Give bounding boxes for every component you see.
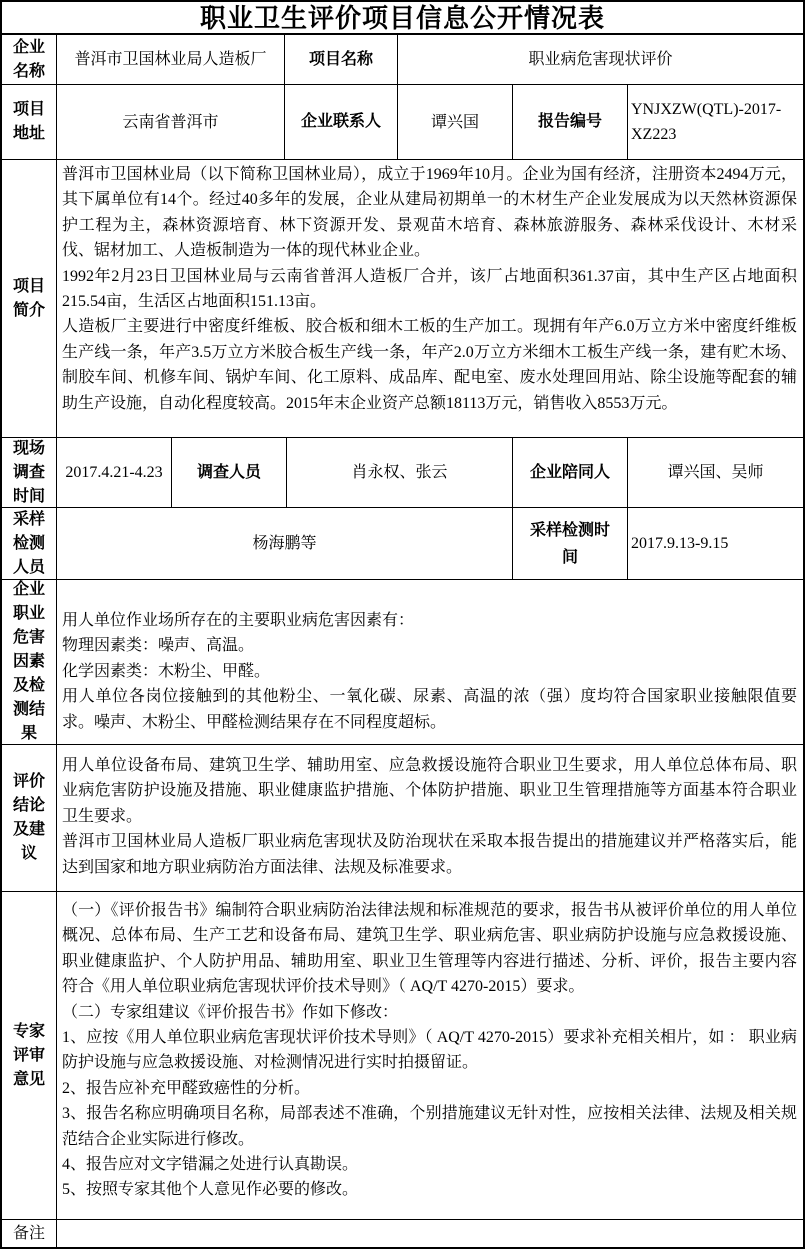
hazard-line: 用人单位各岗位接触到的其他粉尘、一氧化碳、尿素、高温的浓（强）度均符合国家职业接… bbox=[62, 684, 797, 735]
project-name-value: 职业病危害现状评价 bbox=[398, 35, 803, 84]
survey-staff-value: 肖永权、张云 bbox=[287, 438, 513, 507]
expert-paragraph: （二）专家组建议《评价报告书》作如下修改： bbox=[62, 1000, 797, 1025]
survey-time-value: 2017.4.21-4.23 bbox=[57, 438, 172, 507]
project-address-label: 项目地址 bbox=[2, 85, 57, 159]
table-row-remarks: 备注 bbox=[2, 1220, 803, 1247]
table-row-sampling: 采样检测人员 杨海鹏等 采样检测时间 2017.9.13-9.15 bbox=[2, 508, 803, 580]
conclusion-paragraph: 用人单位设备布局、建筑卫生学、辅助用室、应急救援设施符合职业卫生要求，用人单位总… bbox=[62, 753, 797, 829]
project-profile-text: 普洱市卫国林业局（以下简称卫国林业局），成立于1969年10月。企业为国有经济，… bbox=[57, 160, 803, 437]
project-address-value: 云南省普洱市 bbox=[57, 85, 285, 159]
table-row-profile: 项目简介 普洱市卫国林业局（以下简称卫国林业局），成立于1969年10月。企业为… bbox=[2, 160, 803, 438]
report-no-value: YNJXZW(QTL)-2017-XZ223 bbox=[628, 85, 803, 159]
table-row-conclusion: 评价结论及建议 用人单位设备布局、建筑卫生学、辅助用室、应急救援设施符合职业卫生… bbox=[2, 745, 803, 892]
conclusion-label: 评价结论及建议 bbox=[2, 745, 57, 891]
hazard-line: 化学因素类：木粉尘、甲醛。 bbox=[62, 659, 797, 684]
profile-paragraph: 人造板厂主要进行中密度纤维板、胶合板和细木工板的生产加工。现拥有年产6.0万立方… bbox=[62, 314, 797, 416]
sampling-time-label: 采样检测时间 bbox=[513, 508, 628, 579]
sampling-staff-label: 采样检测人员 bbox=[2, 508, 57, 579]
company-contact-label: 企业联系人 bbox=[285, 85, 398, 159]
conclusion-paragraph: 普洱市卫国林业局人造板厂职业病危害现状及防治现状在采取本报告提出的措施建议并严格… bbox=[62, 829, 797, 880]
survey-staff-label: 调查人员 bbox=[172, 438, 287, 507]
expert-paragraph: 5、按照专家其他个人意见作必要的修改。 bbox=[62, 1177, 797, 1202]
expert-paragraph: 3、报告名称应明确项目名称，局部表述不准确，个别措施建议无针对性，应按相关法律、… bbox=[62, 1101, 797, 1152]
table-row-address: 项目地址 云南省普洱市 企业联系人 谭兴国 报告编号 YNJXZW(QTL)-2… bbox=[2, 85, 803, 160]
expert-paragraph: 1、应按《用人单位职业病危害现状评价技术导则》（ AQ/T 4270-2015）… bbox=[62, 1025, 797, 1076]
table-row-hazard: 企业职业危害因素及检测结果 用人单位作业场所存在的主要职业病危害因素有： 物理因… bbox=[2, 580, 803, 745]
expert-review-label: 专家评审意见 bbox=[2, 892, 57, 1219]
hazard-factors-text: 用人单位作业场所存在的主要职业病危害因素有： 物理因素类：噪声、高温。 化学因素… bbox=[57, 580, 803, 744]
company-escort-label: 企业陪同人 bbox=[513, 438, 628, 507]
company-contact-value: 谭兴国 bbox=[398, 85, 513, 159]
hazard-line: 物理因素类：噪声、高温。 bbox=[62, 633, 797, 658]
company-name-label: 企业名称 bbox=[2, 35, 57, 84]
company-escort-value: 谭兴国、吴师 bbox=[628, 438, 803, 507]
expert-review-text: （一）《评价报告书》编制符合职业病防治法律法规和标准规范的要求，报告书从被评价单… bbox=[57, 892, 803, 1219]
expert-paragraph: （一）《评价报告书》编制符合职业病防治法律法规和标准规范的要求，报告书从被评价单… bbox=[62, 898, 797, 1000]
table-row-survey: 现场调查时间 2017.4.21-4.23 调查人员 肖永权、张云 企业陪同人 … bbox=[2, 438, 803, 508]
sampling-staff-value: 杨海鹏等 bbox=[57, 508, 513, 579]
expert-paragraph: 4、报告应对文字错漏之处进行认真勘误。 bbox=[62, 1152, 797, 1177]
table-row-company: 企业名称 普洱市卫国林业局人造板厂 项目名称 职业病危害现状评价 bbox=[2, 35, 803, 85]
profile-paragraph: 1992年2月23日卫国林业局与云南省普洱人造板厂合并，该厂占地面积361.37… bbox=[62, 264, 797, 315]
remarks-value bbox=[57, 1220, 803, 1247]
title-row: 职业卫生评价项目信息公开情况表 bbox=[2, 2, 803, 35]
survey-time-label: 现场调查时间 bbox=[2, 438, 57, 507]
hazard-factors-label: 企业职业危害因素及检测结果 bbox=[2, 580, 57, 744]
page-title: 职业卫生评价项目信息公开情况表 bbox=[200, 3, 605, 33]
project-profile-label: 项目简介 bbox=[2, 160, 57, 437]
table-row-expert: 专家评审意见 （一）《评价报告书》编制符合职业病防治法律法规和标准规范的要求，报… bbox=[2, 892, 803, 1220]
profile-paragraph: 普洱市卫国林业局（以下简称卫国林业局），成立于1969年10月。企业为国有经济，… bbox=[62, 162, 797, 264]
conclusion-text: 用人单位设备布局、建筑卫生学、辅助用室、应急救援设施符合职业卫生要求，用人单位总… bbox=[57, 745, 803, 891]
sampling-time-value: 2017.9.13-9.15 bbox=[628, 508, 803, 579]
remarks-label: 备注 bbox=[2, 1220, 57, 1247]
expert-paragraph: 2、报告应补充甲醛致癌性的分析。 bbox=[62, 1076, 797, 1101]
disclosure-table: 职业卫生评价项目信息公开情况表 企业名称 普洱市卫国林业局人造板厂 项目名称 职… bbox=[0, 0, 805, 1249]
hazard-line: 用人单位作业场所存在的主要职业病危害因素有： bbox=[62, 608, 797, 633]
report-no-label: 报告编号 bbox=[513, 85, 628, 159]
company-name-value: 普洱市卫国林业局人造板厂 bbox=[57, 35, 285, 84]
project-name-label: 项目名称 bbox=[285, 35, 398, 84]
